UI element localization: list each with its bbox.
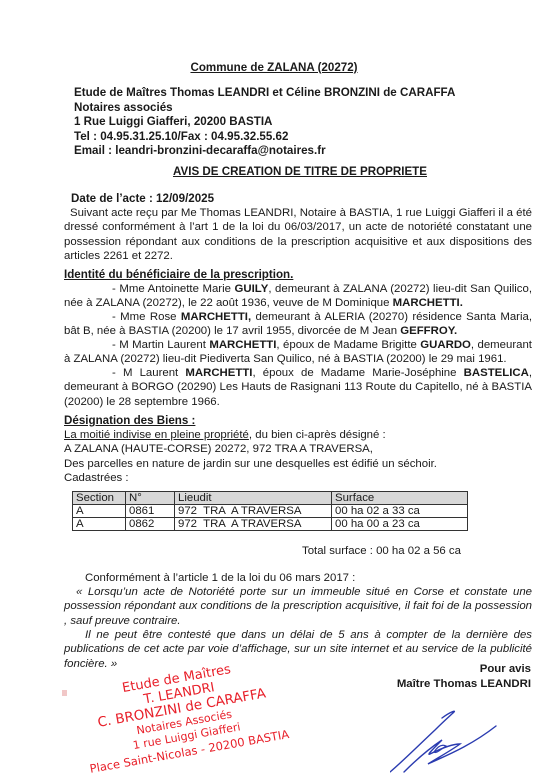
beneficiary-1: - Mme Antoinette Marie GUILY, demeurant …: [64, 282, 532, 311]
notice-title: AVIS DE CREATION DE TITRE DE PROPRIETE: [0, 165, 548, 178]
beneficiary-4: - M Laurent MARCHETTI, époux de Madame M…: [64, 366, 532, 409]
property-share-rest: , du bien ci-après désigné :: [249, 429, 386, 441]
beneficiaries-heading: Identité du bénéficiaire de la prescript…: [64, 268, 293, 281]
property-share: La moitié indivise en pleine propriété: [64, 429, 249, 441]
property-location: A ZALANA (HAUTE-CORSE) 20272, 972 TRA A …: [64, 442, 532, 456]
property-share-line: La moitié indivise en pleine propriété, …: [64, 428, 532, 442]
cell-number: 0862: [126, 518, 175, 531]
pour-avis-label: Pour avis: [397, 662, 531, 677]
commune-heading: Commune de ZALANA (20272): [0, 61, 548, 74]
beneficiary-text: - Mme Rose: [112, 311, 181, 323]
beneficiary-text: - M Martin Laurent: [112, 339, 209, 351]
signatory-name: Maître Thomas LEANDRI: [397, 677, 531, 692]
cell-section: A: [73, 505, 126, 518]
beneficiary-related-surname: MARCHETTI.: [393, 297, 463, 309]
beneficiary-related-surname: BASTELICA: [464, 367, 529, 379]
beneficiary-surname: MARCHETTI,: [181, 311, 251, 323]
col-section: Section: [73, 492, 126, 505]
property-nature: Des parcelles en nature de jardin sur un…: [64, 457, 532, 471]
cell-lieudit: 972 TRA A TRAVERSA: [175, 518, 332, 531]
beneficiary-surname: MARCHETTI: [209, 339, 276, 351]
beneficiary-text: , époux de Madame Marie-Joséphine: [252, 367, 463, 379]
table-row: A 0861 972 TRA A TRAVERSA 00 ha 02 a 33 …: [73, 505, 468, 518]
law-quote-1: « Lorsqu’un acte de Notoriété porte sur …: [64, 585, 532, 628]
beneficiary-surname: MARCHETTI: [185, 367, 252, 379]
cell-lieudit: 972 TRA A TRAVERSA: [175, 505, 332, 518]
beneficiary-text: - Mme Antoinette Marie: [112, 283, 235, 295]
act-date: Date de l’acte : 12/09/2025: [71, 192, 214, 205]
office-address: 1 Rue Luiggi Giafferi, 20200 BASTIA: [74, 115, 455, 130]
table-header-row: Section N° Lieudit Surface: [73, 492, 468, 505]
col-surface: Surface: [332, 492, 468, 505]
total-surface: Total surface : 00 ha 02 a 56 ca: [302, 545, 461, 557]
beneficiary-text: - M Laurent: [112, 367, 185, 379]
col-lieudit: Lieudit: [175, 492, 332, 505]
cadastre-table: Section N° Lieudit Surface A 0861 972 TR…: [72, 491, 468, 531]
property-description: La moitié indivise en pleine propriété, …: [64, 428, 532, 485]
cadastre-label: Cadastrées :: [64, 471, 532, 485]
beneficiary-text: , époux de Madame Brigitte: [276, 339, 420, 351]
signature-block: Pour avis Maître Thomas LEANDRI: [397, 662, 531, 691]
beneficiary-surname: GUILY: [235, 283, 269, 295]
office-email: Email : leandri-bronzini-decaraffa@notai…: [74, 144, 455, 159]
beneficiary-2: - Mme Rose MARCHETTI, demeurant à ALERIA…: [64, 310, 532, 339]
cell-number: 0861: [126, 505, 175, 518]
cell-surface: 00 ha 02 a 33 ca: [332, 505, 468, 518]
cell-section: A: [73, 518, 126, 531]
notice-title-text: AVIS DE CREATION DE TITRE DE PROPRIETE: [173, 165, 427, 178]
beneficiary-related-surname: GUARDO: [420, 339, 471, 351]
col-number: N°: [126, 492, 175, 505]
property-heading: Désignation des Biens :: [64, 414, 195, 427]
cell-surface: 00 ha 00 a 23 ca: [332, 518, 468, 531]
office-phone-fax: Tel : 04.95.31.25.10/Fax : 04.95.32.55.6…: [74, 130, 455, 145]
beneficiary-3: - M Martin Laurent MARCHETTI, époux de M…: [64, 338, 532, 367]
office-name: Etude de Maîtres Thomas LEANDRI et Célin…: [74, 86, 455, 101]
table-row: A 0862 972 TRA A TRAVERSA 00 ha 00 a 23 …: [73, 518, 468, 531]
act-intro-paragraph: Suivant acte reçu par Me Thomas LEANDRI,…: [64, 206, 532, 263]
law-intro: Conformément à l’article 1 de la loi du …: [64, 571, 532, 585]
handwritten-signature-icon: [390, 704, 520, 774]
notary-office-block: Etude de Maîtres Thomas LEANDRI et Célin…: [74, 86, 455, 159]
office-subtitle: Notaires associés: [74, 101, 455, 116]
beneficiary-related-surname: GEFFROY.: [400, 325, 457, 337]
